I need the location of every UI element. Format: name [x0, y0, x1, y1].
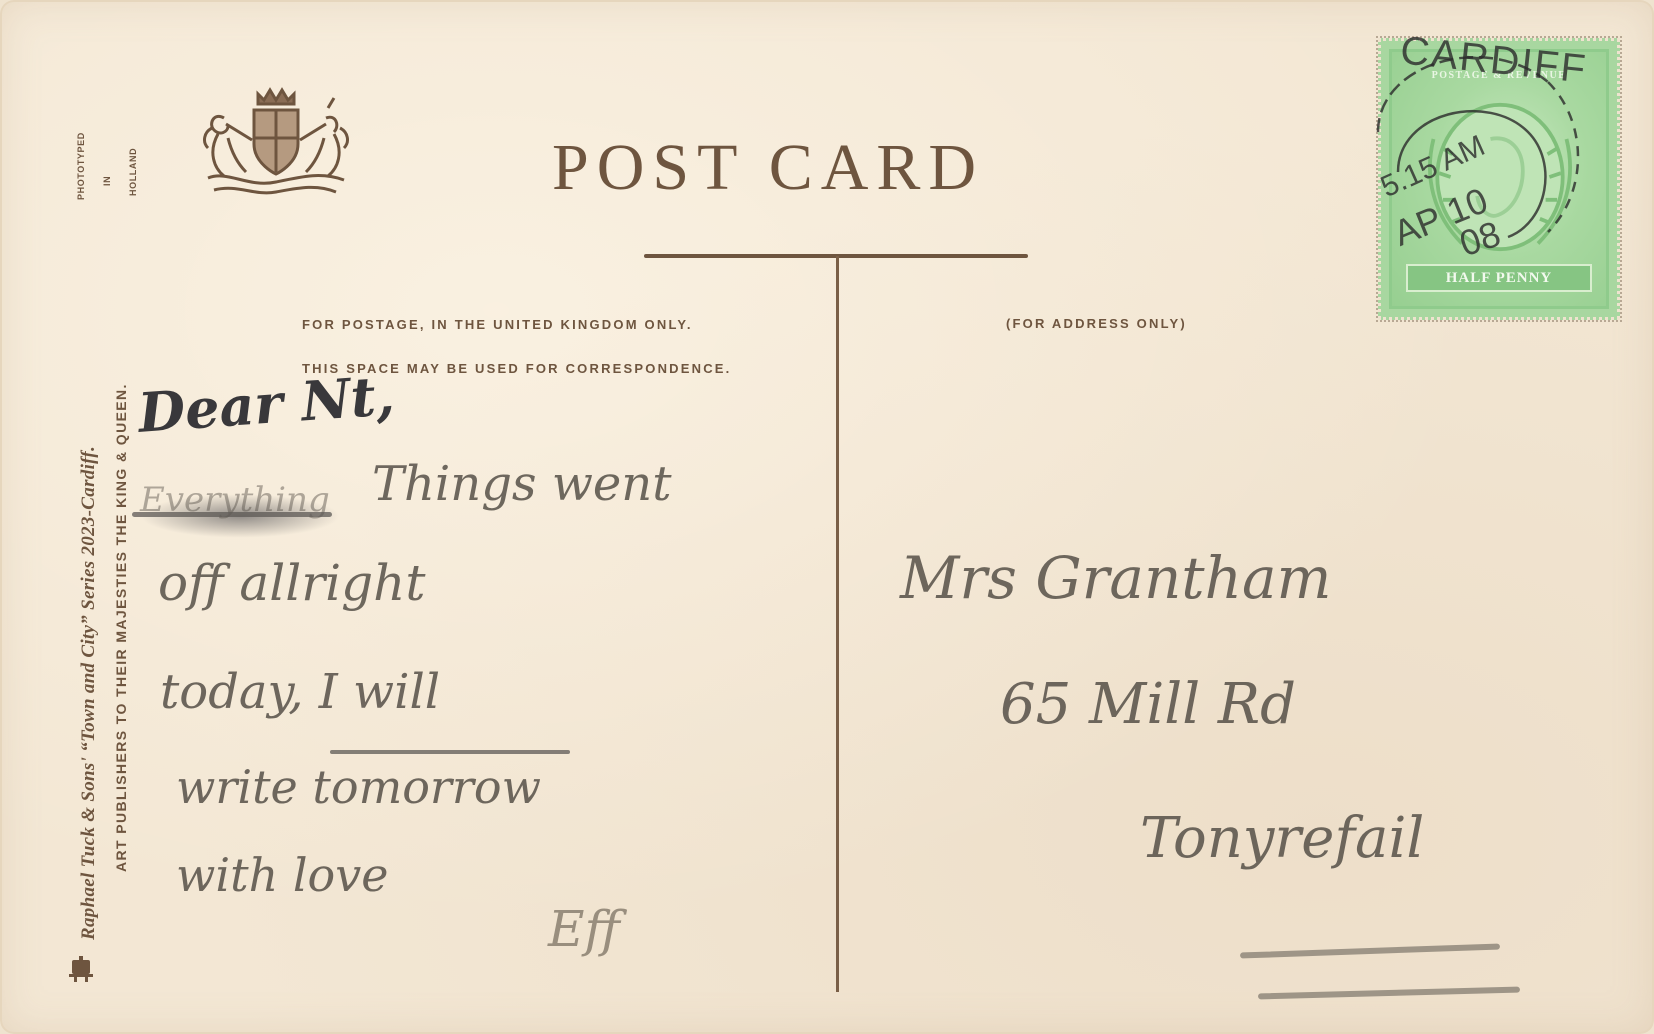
strike-through-line: [132, 512, 332, 517]
royal-warrant-line: ART PUBLISHERS TO THEIR MAJESTIES THE KI…: [113, 383, 129, 872]
address-street: 65 Mill Rd: [1000, 672, 1296, 737]
address-town: Tonyrefail: [1140, 806, 1424, 871]
message-line-1: Things went: [372, 456, 672, 512]
publisher-imprint: Raphael Tuck & Sons' “Town and City” Ser…: [78, 446, 100, 940]
postage-notice: FOR POSTAGE, IN THE UNITED KINGDOM ONLY.: [302, 317, 693, 332]
postcard-back: POST CARD FOR POSTAGE, IN THE UNITED KIN…: [0, 0, 1654, 1034]
photo-note-line-2: IN: [102, 176, 112, 186]
message-line-2: off allright: [158, 554, 425, 612]
message-line-5: with love: [176, 848, 388, 902]
address-name: Mrs Grantham: [900, 544, 1332, 612]
tuck-easel-trademark-icon: [66, 956, 96, 982]
address-notice: (FOR ADDRESS ONLY): [1006, 316, 1187, 331]
message-signature: Eff: [548, 900, 620, 958]
page-title: POST CARD: [552, 130, 984, 206]
message-line-4: write tomorrow: [176, 760, 541, 814]
address-underline-2: [1258, 987, 1520, 1000]
royal-coat-of-arms-icon: [188, 78, 364, 200]
address-underline-1: [1240, 943, 1500, 958]
photo-note-line-3: HOLLAND: [128, 148, 138, 196]
t-cross-stroke: [330, 750, 570, 754]
center-divider: [836, 256, 839, 992]
photo-note-line-1: PHOTOTYPED: [76, 132, 86, 200]
message-line-3: today, I will: [160, 664, 440, 720]
message-greeting: Dear Nt,: [136, 363, 396, 445]
